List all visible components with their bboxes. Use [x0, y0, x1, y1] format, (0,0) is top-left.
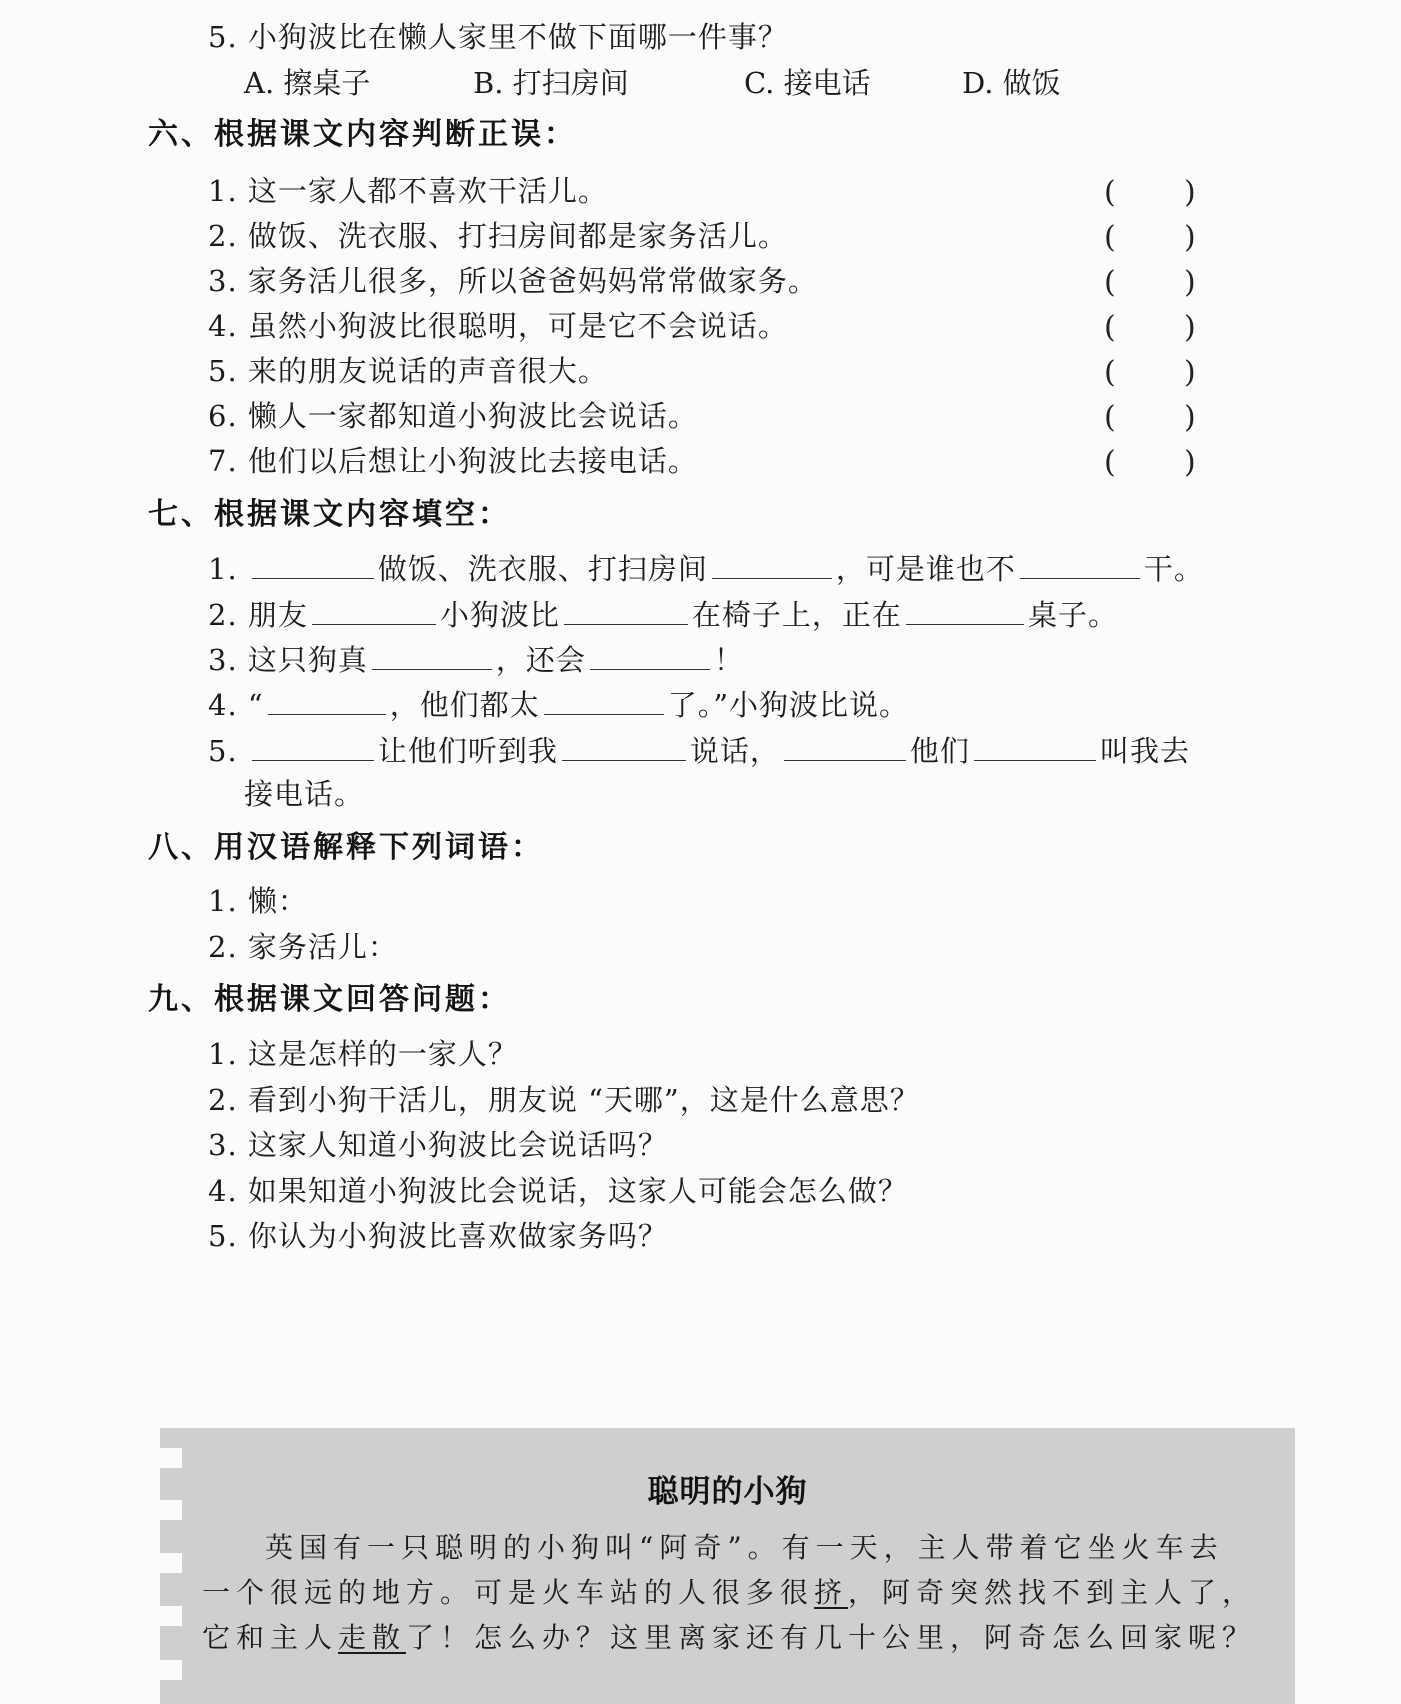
reading-line-3: 它和主人走散了！怎么办？这里离家还有几十公里，阿奇怎么回家呢？	[202, 1621, 1256, 1655]
tf-answer-close-3: )	[1184, 266, 1196, 300]
section9-title: 九、根据课文回答问题：	[148, 982, 511, 1018]
explain-item-1: 1. 懒：	[208, 884, 308, 918]
tf-item-4: 4. 虽然小狗波比很聪明，可是它不会说话。	[208, 309, 788, 343]
tf-item-1: 1. 这一家人都不喜欢干活儿。	[208, 174, 608, 208]
worksheet-page: 5. 小狗波比在懒人家里不做下面哪一件事？ A. 擦桌子 B. 打扫房间 C. …	[0, 0, 1401, 1704]
tf-answer-close-7: )	[1184, 446, 1196, 480]
tf-answer-open-5: (	[1104, 356, 1116, 390]
fill-item-1: 1. 做饭、洗衣服、打扫房间，可是谁也不干。	[208, 552, 1204, 586]
underlined-word: 走散	[338, 1621, 406, 1654]
question-item-2: 2. 看到小狗干活儿，朋友说 “天哪”，这是什么意思？	[208, 1083, 920, 1117]
q5-prompt: 5. 小狗波比在懒人家里不做下面哪一件事？	[208, 20, 788, 54]
fill-item-5: 5. 让他们听到我说话，他们叫我去	[208, 734, 1190, 768]
tf-answer-open-1: (	[1104, 176, 1116, 210]
fill-item-3: 3. 这只狗真，还会！	[208, 643, 744, 677]
fill-blank[interactable]	[372, 643, 492, 670]
reading-line-2: 一个很远的地方。可是火车站的人很多很挤，阿奇突然找不到主人了，	[202, 1576, 1256, 1610]
tf-item-6: 6. 懒人一家都知道小狗波比会说话。	[208, 399, 698, 433]
tf-answer-open-2: (	[1104, 221, 1116, 255]
tf-answer-open-3: (	[1104, 266, 1116, 300]
question-item-3: 3. 这家人知道小狗波比会说话吗？	[208, 1128, 668, 1162]
question-item-5: 5. 你认为小狗波比喜欢做家务吗？	[208, 1219, 668, 1253]
underlined-word: 挤	[814, 1576, 848, 1609]
question-item-1: 1. 这是怎样的一家人？	[208, 1037, 518, 1071]
tf-answer-close-1: )	[1184, 176, 1196, 210]
fill-blank[interactable]	[312, 598, 436, 625]
tf-answer-close-5: )	[1184, 356, 1196, 390]
tf-answer-close-4: )	[1184, 311, 1196, 345]
film-notch	[160, 1606, 182, 1626]
fill-blank[interactable]	[564, 598, 688, 625]
fill-blank[interactable]	[544, 688, 664, 715]
tf-item-2: 2. 做饭、洗衣服、打扫房间都是家务活儿。	[208, 219, 788, 253]
explain-item-2: 2. 家务活儿：	[208, 930, 398, 964]
fill-blank[interactable]	[590, 643, 710, 670]
tf-item-5: 5. 来的朋友说话的声音很大。	[208, 354, 608, 388]
q5-option-d: D. 做饭	[962, 66, 1061, 100]
reading-line-1: 英国有一只聪明的小狗叫“阿奇”。有一天，主人带着它坐火车去	[265, 1531, 1224, 1565]
q5-option-c: C. 接电话	[744, 66, 871, 100]
film-notch	[160, 1660, 182, 1680]
tf-answer-close-6: )	[1184, 401, 1196, 435]
film-notch	[160, 1448, 182, 1468]
tf-item-3: 3. 家务活儿很多，所以爸爸妈妈常常做家务。	[208, 264, 818, 298]
fill-blank[interactable]	[784, 734, 906, 761]
section8-title: 八、用汉语解释下列词语：	[148, 830, 544, 866]
fill-item-4: 4. “，他们都太了。”小狗波比说。	[208, 688, 909, 722]
fill-item-2: 2. 朋友小狗波比在椅子上，正在桌子。	[208, 598, 1118, 632]
section7-title: 七、根据课文内容填空：	[148, 497, 511, 533]
tf-answer-open-7: (	[1104, 446, 1116, 480]
fill-item-5-continuation: 接电话。	[244, 777, 364, 811]
reading-passage-box: 聪明的小狗 英国有一只聪明的小狗叫“阿奇”。有一天，主人带着它坐火车去 一个很远…	[160, 1428, 1295, 1704]
fill-blank[interactable]	[562, 734, 686, 761]
film-notch	[160, 1553, 182, 1573]
reading-title: 聪明的小狗	[160, 1466, 1295, 1511]
q5-option-a: A. 擦桌子	[244, 66, 370, 100]
fill-blank[interactable]	[974, 734, 1096, 761]
fill-blank[interactable]	[268, 688, 386, 715]
fill-blank[interactable]	[252, 552, 374, 579]
fill-blank[interactable]	[712, 552, 832, 579]
tf-answer-close-2: )	[1184, 221, 1196, 255]
fill-blank[interactable]	[906, 598, 1024, 625]
question-item-4: 4. 如果知道小狗波比会说话，这家人可能会怎么做？	[208, 1174, 908, 1208]
fill-blank[interactable]	[252, 734, 374, 761]
q5-option-b: B. 打扫房间	[473, 66, 629, 100]
tf-answer-open-4: (	[1104, 311, 1116, 345]
section6-title: 六、根据课文内容判断正误：	[148, 117, 577, 153]
fill-blank[interactable]	[1020, 552, 1140, 579]
tf-item-7: 7. 他们以后想让小狗波比去接电话。	[208, 444, 698, 478]
tf-answer-open-6: (	[1104, 401, 1116, 435]
